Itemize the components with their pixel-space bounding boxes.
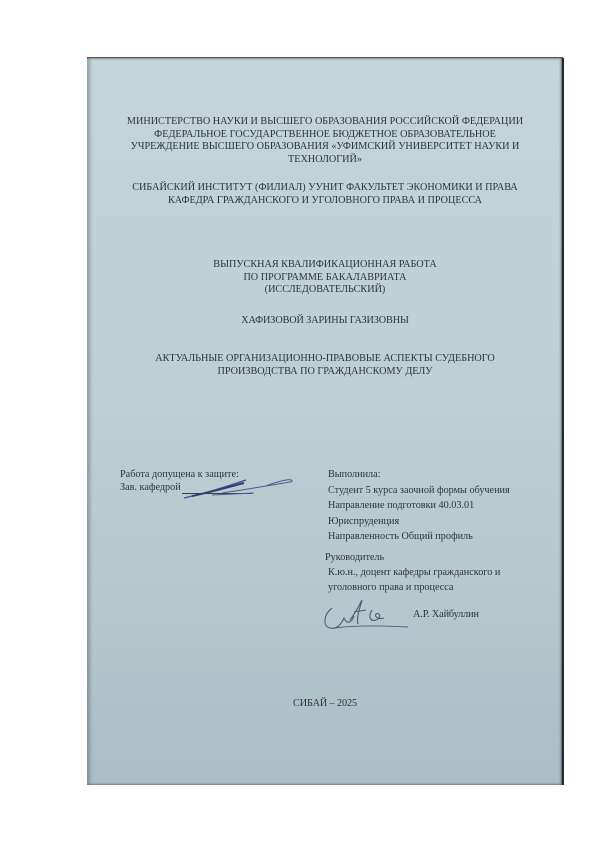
- thesis-title-line: ПРОИЗВОДСТВА ПО ГРАЖДАНСКОМУ ДЕЛУ: [87, 366, 563, 379]
- ministry-line: УЧРЕЖДЕНИЕ ВЫСШЕГО ОБРАЗОВАНИЯ «УФИМСКИЙ…: [87, 141, 563, 154]
- author-name: ХАФИЗОВОЙ ЗАРИНЫ ГАЗИЗОВНЫ: [87, 315, 563, 328]
- work-type: ВЫПУСКНАЯ КВАЛИФИКАЦИОННАЯ РАБОТА ПО ПРО…: [87, 259, 563, 297]
- city-year: СИБАЙ – 2025: [87, 698, 563, 711]
- institute-line: СИБАЙСКИЙ ИНСТИТУТ (ФИЛИАЛ) УУНИТ ФАКУЛЬ…: [87, 182, 563, 195]
- thesis-title-line: АКТУАЛЬНЫЕ ОРГАНИЗАЦИОННО-ПРАВОВЫЕ АСПЕК…: [87, 353, 563, 366]
- performer-line: Студент 5 курса заочной формы обучения: [328, 485, 510, 498]
- department-line: КАФЕДРА ГРАЖДАНСКОГО И УГОЛОВНОГО ПРАВА …: [87, 195, 563, 208]
- admission-block: Работа допущена к защите: Зав. кафедрой: [120, 469, 239, 494]
- performer-block: Выполнила: Студент 5 курса заочной формы…: [328, 469, 510, 544]
- ministry-line: ТЕХНОЛОГИЙ»: [87, 154, 563, 167]
- supervisor-label: Руководитель: [325, 552, 500, 565]
- supervisor-block: Руководитель К.ю.н., доцент кафедры граж…: [325, 552, 500, 595]
- work-type-line: (ИССЛЕДОВАТЕЛЬСКИЙ): [87, 284, 563, 297]
- title-page: МИНИСТЕРСТВО НАУКИ И ВЫСШЕГО ОБРАЗОВАНИЯ…: [87, 57, 563, 785]
- performer-line: Направление подготовки 40.03.01: [328, 500, 510, 513]
- performer-line: Юриспруденция: [328, 516, 510, 529]
- institute-header: СИБАЙСКИЙ ИНСТИТУТ (ФИЛИАЛ) УУНИТ ФАКУЛЬ…: [87, 182, 563, 207]
- signature-line: [182, 493, 252, 494]
- ministry-line: МИНИСТЕРСТВО НАУКИ И ВЫСШЕГО ОБРАЗОВАНИЯ…: [87, 116, 563, 129]
- thesis-title: АКТУАЛЬНЫЕ ОРГАНИЗАЦИОННО-ПРАВОВЫЕ АСПЕК…: [87, 353, 563, 378]
- work-type-line: ПО ПРОГРАММЕ БАКАЛАВРИАТА: [87, 272, 563, 285]
- supervisor-line: уголовного права и процесса: [325, 582, 500, 595]
- ministry-header: МИНИСТЕРСТВО НАУКИ И ВЫСШЕГО ОБРАЗОВАНИЯ…: [87, 116, 563, 166]
- supervisor-name: А.Р. Хайбуллин: [413, 609, 479, 622]
- supervisor-signature-icon: [320, 598, 410, 634]
- supervisor-line: К.ю.н., доцент кафедры гражданского и: [325, 567, 500, 580]
- performer-label: Выполнила:: [328, 469, 510, 482]
- performer-line: Направленность Общий профиль: [328, 531, 510, 544]
- admission-label: Работа допущена к защите:: [120, 469, 239, 482]
- ministry-line: ФЕДЕРАЛЬНОЕ ГОСУДАРСТВЕННОЕ БЮДЖЕТНОЕ ОБ…: [87, 129, 563, 142]
- work-type-line: ВЫПУСКНАЯ КВАЛИФИКАЦИОННАЯ РАБОТА: [87, 259, 563, 272]
